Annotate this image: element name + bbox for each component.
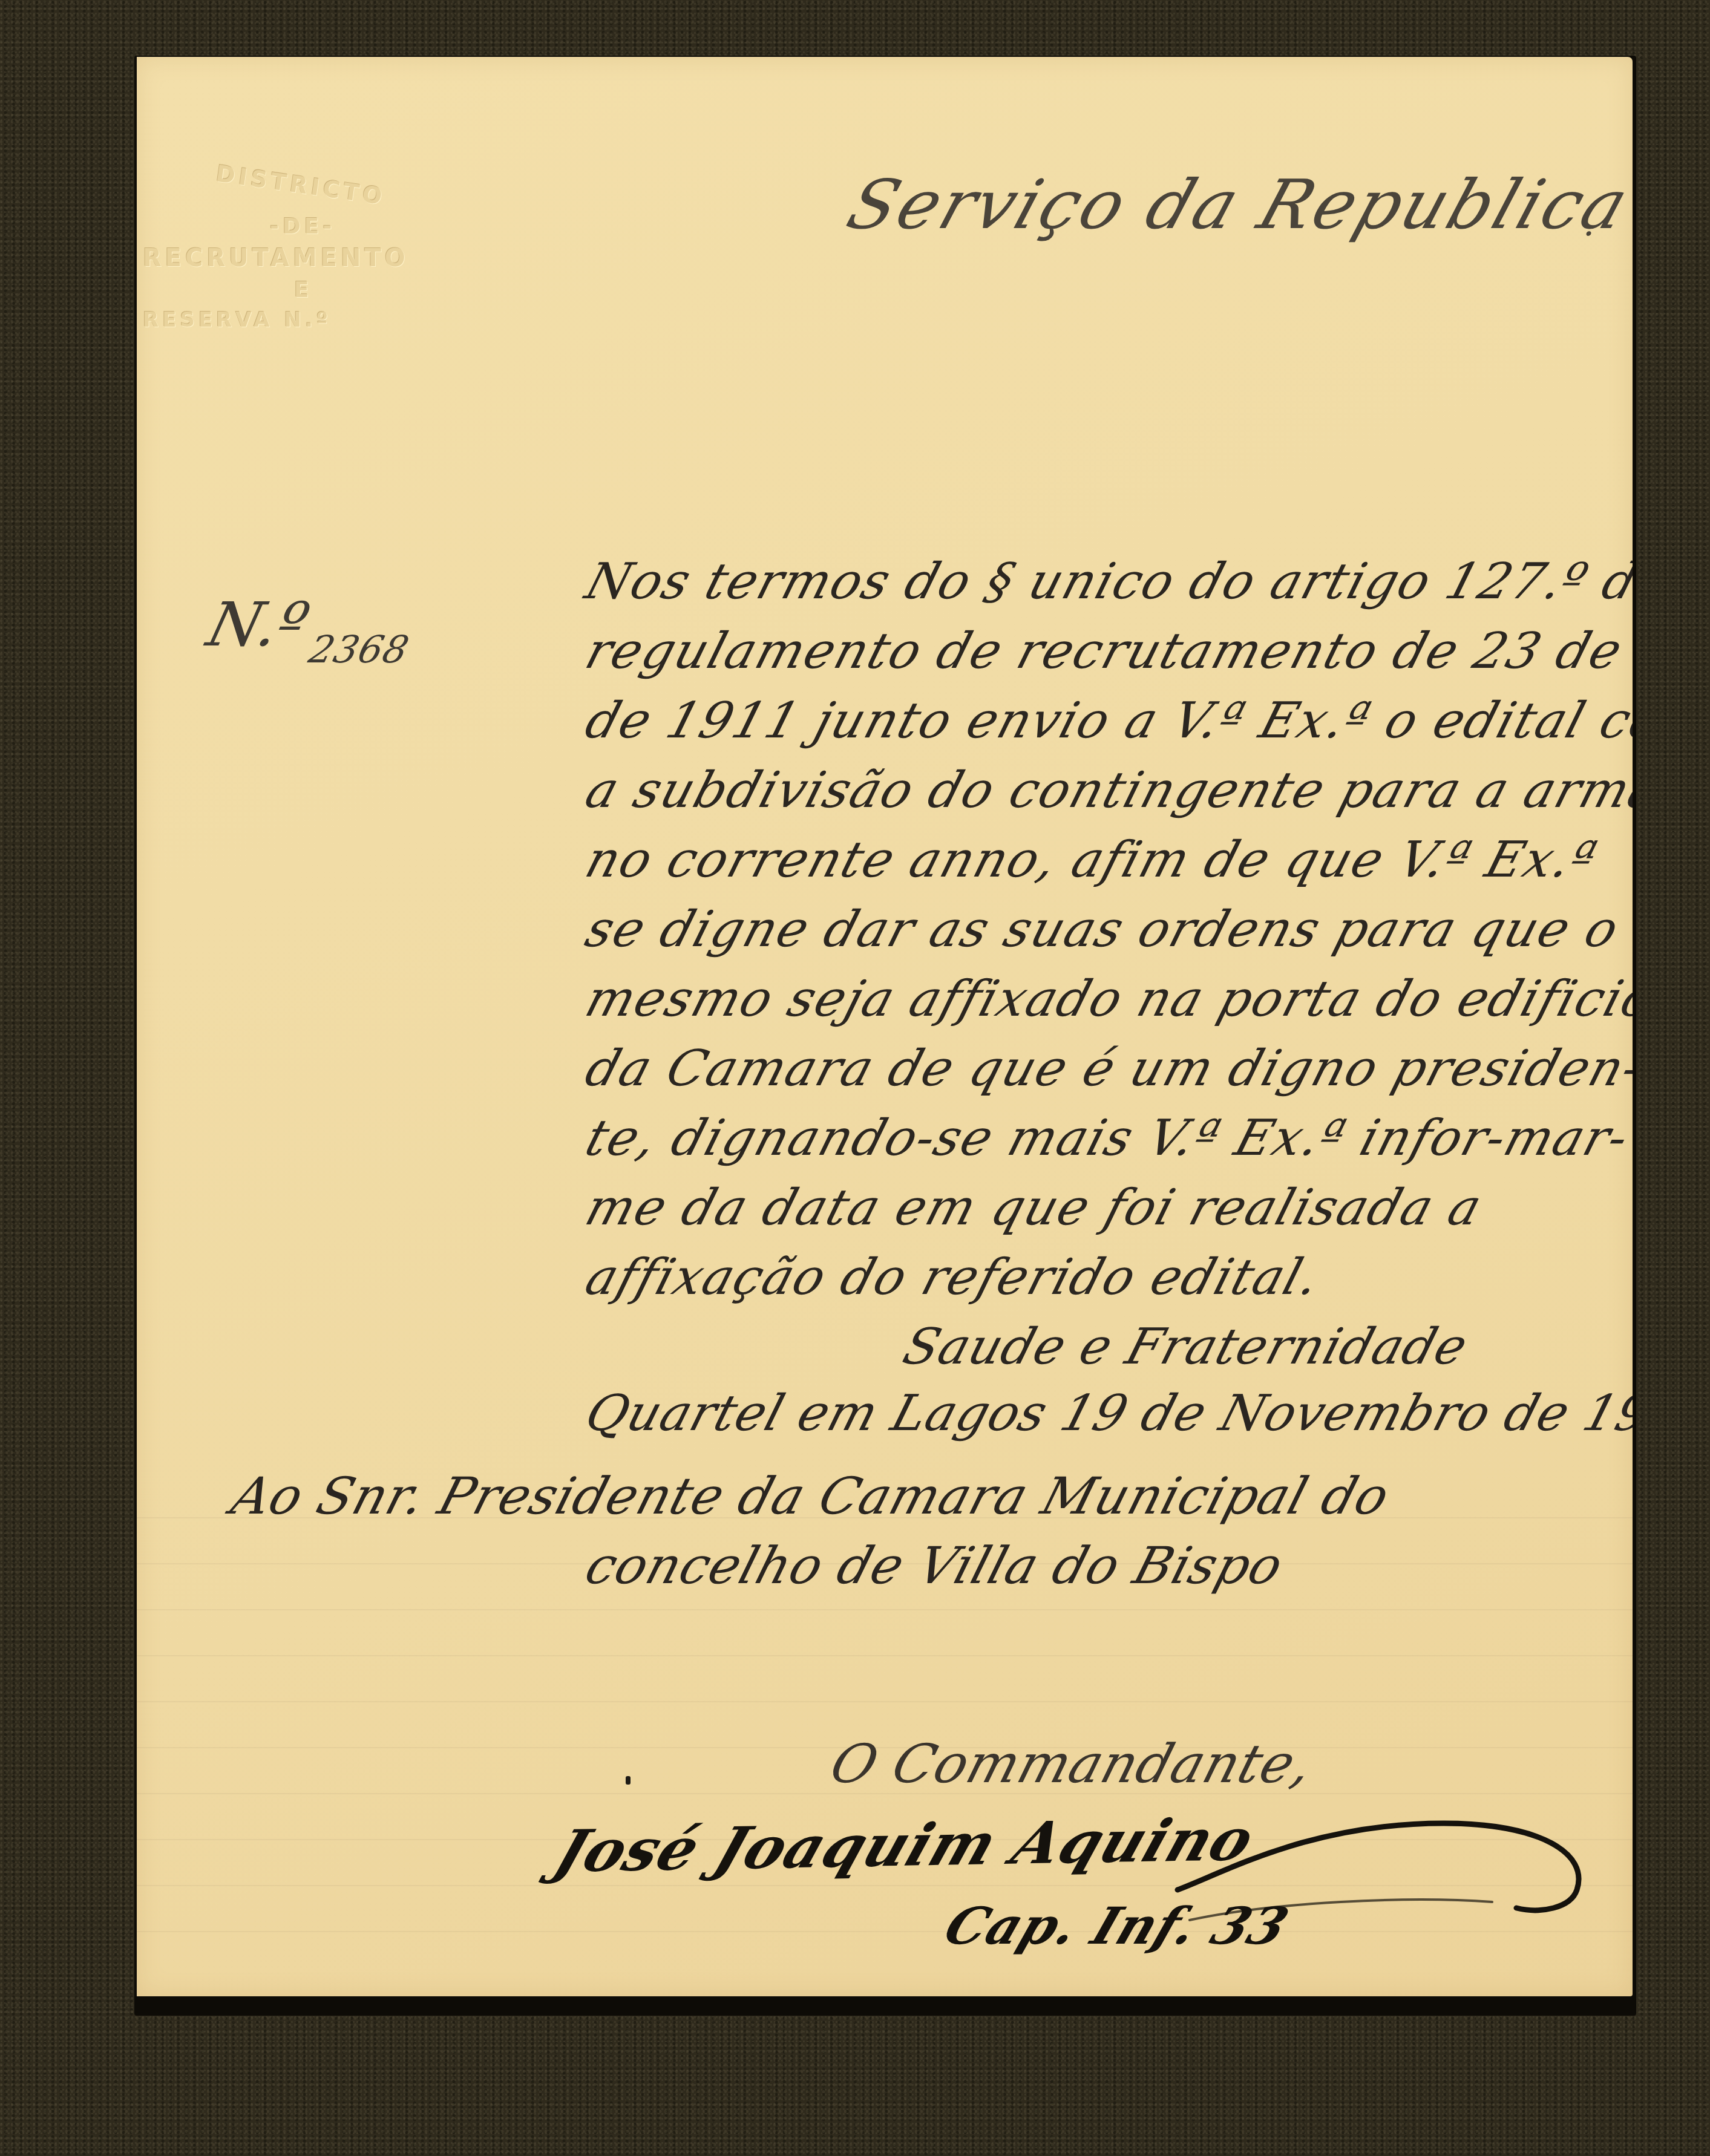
seal-line: RECRUTAMENTO	[143, 244, 409, 272]
body-line: regulamento de recrutamento de 23 de ago…	[579, 622, 1633, 680]
signature-flourish-icon	[1153, 1799, 1601, 1932]
seal-line: E	[294, 278, 313, 302]
embossed-seal: DISTRICTO -DE- RECRUTAMENTO E RESERVA N.…	[137, 148, 476, 402]
body-line: no corrente anno, afim de que V.ª Ex.ª	[579, 831, 1604, 889]
addressee-line-2: concelho de Villa do Bispo	[579, 1536, 1290, 1595]
body-line: a subdivisão do contingente para a armad…	[579, 762, 1633, 819]
body-line: me da data em que foi realisada a	[579, 1179, 1489, 1236]
place-and-date: Quartel em Lagos 19 de Novembro de 1911	[579, 1385, 1633, 1442]
seal-line: RESERVA N.º	[143, 308, 332, 332]
body-line: affixação do referido edital.	[579, 1249, 1327, 1306]
body-line: da Camara de que é um digno presiden-	[579, 1040, 1633, 1097]
letter-page: DISTRICTO -DE- RECRUTAMENTO E RESERVA N.…	[137, 57, 1633, 1996]
body-line: de 1911 junto envio a V.ª Ex.ª o edital …	[579, 692, 1633, 750]
addressee-line-1: Ao Snr. Presidente da Camara Municipal d…	[225, 1466, 1396, 1526]
reference-number: N.º2368	[200, 589, 423, 660]
signoff-title: O Commandante,	[824, 1733, 1320, 1795]
letter-heading: Serviço da Republica	[838, 166, 1633, 244]
body-line: te, dignando-se mais V.ª Ex.ª infor-mar-	[579, 1109, 1633, 1167]
body-line: mesmo seja affixado na porta do edificio	[579, 970, 1633, 1028]
reference-prefix: N.º	[200, 589, 316, 660]
heading-mark: .	[1583, 202, 1595, 244]
seal-line: -DE-	[270, 214, 335, 239]
body-line: Nos termos do § unico do artigo 127.º do	[579, 553, 1633, 610]
reference-value: 2368	[305, 627, 414, 671]
seal-line: DISTRICTO	[214, 160, 387, 211]
closing-salutation: Saude e Fraternidade	[897, 1318, 1474, 1376]
ink-dot	[626, 1776, 631, 1785]
body-line: se digne dar as suas ordens para que o	[579, 901, 1625, 958]
